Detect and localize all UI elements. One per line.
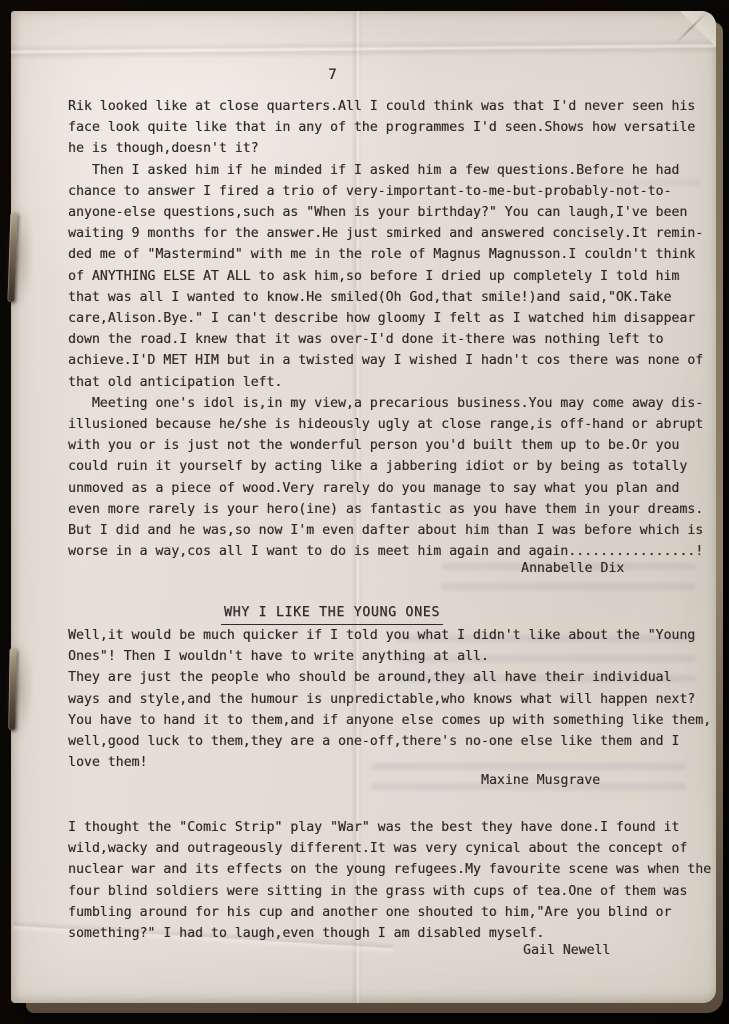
signature-gail-newell: Gail Newell: [523, 940, 610, 961]
typed-line: unmoved as a piece of wood.Very rarely d…: [68, 478, 703, 499]
typed-line: chance to answer I fired a trio of very-…: [68, 181, 703, 202]
typed-line: waiting 9 months for the answer.He just …: [68, 223, 703, 244]
typed-line: of ANYTHING ELSE AT ALL to ask him,so be…: [68, 266, 703, 287]
typed-line: well,good luck to them,they are a one-of…: [68, 731, 711, 752]
page-number: 7: [328, 67, 337, 83]
typed-line: achieve.I'D MET HIM but in a twisted way…: [68, 350, 703, 371]
typed-line: fumbling around for his cup and another …: [68, 902, 711, 923]
typed-line: nuclear war and its effects on the young…: [68, 859, 711, 880]
article-comic-strip-text: I thought the "Comic Strip" play "War" w…: [68, 817, 711, 944]
typed-line: face look quite like that in any of the …: [68, 117, 703, 138]
typed-line: love them!: [68, 752, 711, 773]
typed-line: that old anticipation left.: [68, 372, 703, 393]
typed-line: ded me of "Mastermind" with me in the ro…: [68, 244, 703, 265]
typed-line: ways and style,and the humour is unpredi…: [68, 689, 711, 710]
typed-line: he is though,doesn't it?: [68, 138, 703, 159]
typed-line: care,Alison.Bye." I can't describe how g…: [68, 308, 703, 329]
article-heading-why-i-like-the-young-ones: WHY I LIKE THE YOUNG ONES: [221, 602, 443, 625]
typed-line: Then I asked him if he minded if I asked…: [68, 160, 703, 181]
typed-line: wild,wacky and outrageously different.It…: [68, 838, 711, 859]
signature-annabelle-dix: Annabelle Dix: [521, 558, 624, 579]
typed-line: down the road.I knew that it was over-I'…: [68, 329, 703, 350]
scanned-fanzine-page: 7 Rik looked like at close quarters.All …: [0, 0, 729, 1024]
folded-corner: [680, 11, 716, 47]
typed-line: with you or is just not the wonderful pe…: [68, 435, 703, 456]
horizontal-fold-crease: [11, 38, 716, 60]
article-young-ones-text: Well,it would be much quicker if I told …: [68, 625, 711, 773]
paper-sheet: 7 Rik looked like at close quarters.All …: [11, 11, 716, 1003]
typed-line: anyone-else questions,such as "When is y…: [68, 202, 703, 223]
typed-line: even more rarely is your hero(ine) as fa…: [68, 499, 703, 520]
typed-line: Rik looked like at close quarters.All I …: [68, 96, 703, 117]
typed-line: that was all I wanted to know.He smiled(…: [68, 287, 703, 308]
typed-line: But I did and he was,so now I'm even daf…: [68, 520, 703, 541]
typed-line: Well,it would be much quicker if I told …: [68, 625, 711, 646]
typed-line: They are just the people who should be a…: [68, 667, 711, 688]
article-meeting-rik-text: Rik looked like at close quarters.All I …: [68, 96, 703, 562]
staple-bottom: [8, 648, 16, 730]
typed-line: illusioned because he/she is hideously u…: [68, 414, 703, 435]
staple-top: [7, 212, 17, 302]
typed-line: I thought the "Comic Strip" play "War" w…: [68, 817, 711, 838]
typed-line: something?" I had to laugh,even though I…: [68, 923, 711, 944]
typed-line: Meeting one's idol is,in my view,a preca…: [68, 393, 703, 414]
signature-maxine-musgrave: Maxine Musgrave: [481, 770, 600, 791]
typed-line: Ones"! Then I wouldn't have to write any…: [68, 646, 711, 667]
typed-line: You have to hand it to them,and if anyon…: [68, 710, 711, 731]
typed-line: four blind soldiers were sitting in the …: [68, 881, 711, 902]
typed-line: could ruin it yourself by acting like a …: [68, 456, 703, 477]
